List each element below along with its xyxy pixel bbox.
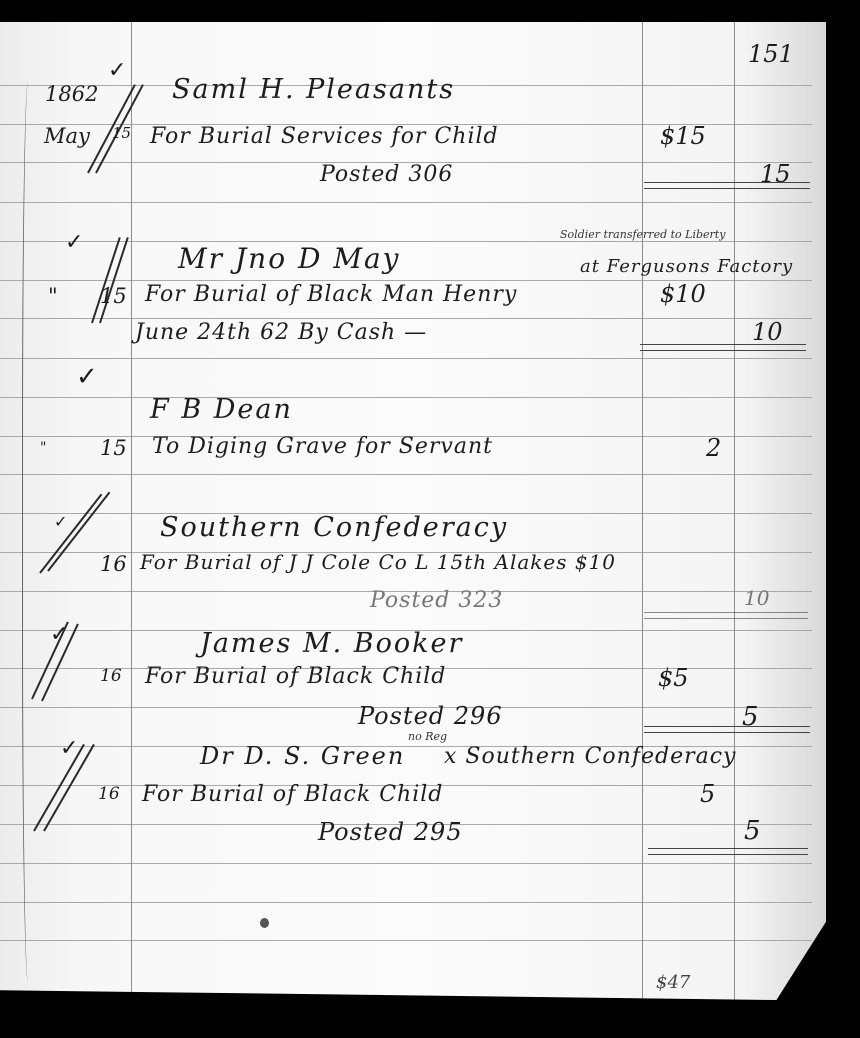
ruled-line — [0, 940, 812, 941]
entry-date: 15 — [112, 124, 131, 142]
entry-debit: $5 — [658, 664, 689, 692]
entry-credit: 5 — [744, 816, 761, 846]
entry-name: James M. Booker — [200, 628, 463, 659]
entry-debit: $15 — [660, 122, 706, 150]
total-double-rule — [640, 344, 806, 351]
entry-description: For Burial of J J Cole Co L 15th Alakes … — [140, 550, 616, 574]
check-mark-icon: ✓ — [108, 58, 126, 83]
entry-debit: $10 — [660, 280, 706, 308]
entry-date: 15 — [100, 436, 127, 460]
ink-blot — [260, 918, 269, 928]
margin-brace — [22, 82, 37, 982]
total-double-rule — [644, 182, 810, 189]
entry-posted: Posted 295 — [318, 818, 463, 846]
ruled-line — [0, 202, 812, 203]
total-double-rule — [644, 726, 810, 733]
entry-posted: Posted 323 — [370, 588, 503, 613]
year: 1862 — [45, 82, 98, 106]
page-number: 151 — [748, 40, 794, 68]
entry-note: Soldier transferred to Liberty — [560, 228, 725, 241]
total-double-rule — [648, 848, 808, 855]
entry-date: 16 — [100, 552, 127, 576]
ruled-line — [0, 241, 812, 242]
entry-name: Dr D. S. Green — [200, 742, 405, 770]
entry-description: For Burial of Black Child — [145, 664, 446, 689]
entry-note: at Fergusons Factory — [580, 256, 793, 277]
ruled-line — [0, 902, 812, 903]
entry-posted: Posted 296 — [358, 702, 503, 730]
total-double-rule — [644, 612, 808, 619]
entry-debit: 5 — [700, 780, 715, 808]
debit-column-divider — [642, 22, 643, 1000]
entry-date: 16 — [100, 666, 122, 686]
entry-name-suffix: x Southern Confederacy — [444, 744, 737, 769]
entry-description: For Burial of Black Child — [142, 782, 443, 807]
entry-name: Southern Confederacy — [160, 512, 508, 543]
footer-total: $47 — [656, 972, 690, 993]
ditto-mark: " — [40, 440, 46, 456]
posting-slash-icon — [33, 744, 85, 832]
entry-date: 16 — [98, 784, 120, 804]
entry-description: To Diging Grave for Servant — [152, 434, 493, 459]
entry-posted: Posted 306 — [320, 162, 453, 187]
ruled-line — [0, 474, 812, 475]
entry-credit: 10 — [744, 586, 769, 610]
entry-posted: June 24th 62 By Cash — — [135, 320, 427, 345]
ruled-line — [0, 397, 812, 398]
entry-credit: 10 — [752, 318, 783, 346]
ruled-line — [0, 863, 812, 864]
entry-date: 15 — [100, 284, 127, 308]
date-column-divider — [131, 22, 132, 1000]
ledger-page: 151 1862 ✓ Saml H. Pleasants May 15 For … — [0, 22, 826, 1000]
entry-debit: 2 — [706, 434, 721, 462]
entry-superscript-note: no Reg — [408, 730, 447, 743]
ruled-line — [0, 318, 812, 319]
entry-description: For Burial of Black Man Henry — [145, 282, 517, 307]
entry-name: Saml H. Pleasants — [172, 74, 455, 105]
ditto-mark: " — [48, 284, 58, 308]
ruled-line — [0, 358, 812, 359]
check-mark-icon: ✓ — [54, 512, 67, 531]
month: May — [44, 124, 90, 148]
entry-name: Mr Jno D May — [178, 242, 401, 275]
check-mark-icon: ✓ — [76, 362, 98, 392]
posting-slash-icon — [39, 494, 102, 574]
check-mark-icon: ✓ — [65, 230, 83, 255]
entry-name: F B Dean — [150, 394, 293, 425]
entry-description: For Burial Services for Child — [150, 124, 499, 149]
